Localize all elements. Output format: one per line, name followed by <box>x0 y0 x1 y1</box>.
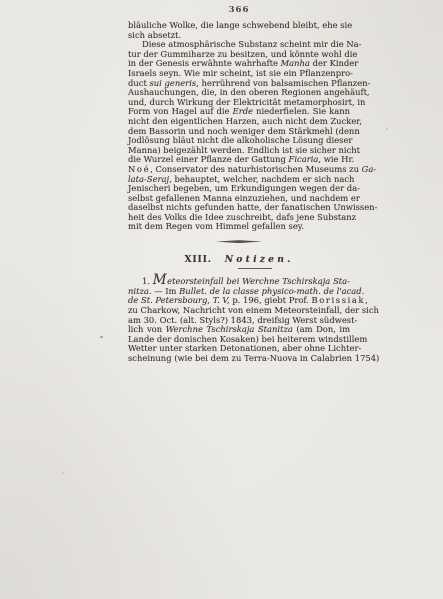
section-title: Notizen. <box>225 254 294 265</box>
text-segment: in der Genesis erwähnte wahrhafte <box>128 58 281 68</box>
text-segment: de St. Petersbourg, T. V, <box>128 295 230 305</box>
text-segment: p. 196, giebt Prof. <box>230 295 312 305</box>
text-segment: Noé <box>128 164 150 174</box>
body-paragraphs: bläuliche Wolke, die lange schwebend ble… <box>128 21 350 232</box>
text-segment: nicht den eigentlichen Harzen, auch nich… <box>128 116 362 126</box>
text-segment: Manha <box>281 58 310 68</box>
text-segment: Bullet. de la classe physico-math. de l'… <box>179 286 364 296</box>
text-segment: , behauptet, welcher, nachdem er sich na… <box>169 174 354 184</box>
text-segment: 1. <box>142 276 153 286</box>
text-segment: , Conservator des naturhistorischen Muse… <box>150 164 362 174</box>
text-line: mit dem Regen vom Himmel gefallen sey. <box>128 222 350 232</box>
text-line: scheinung (wie bei dem zu Terra-Nuova in… <box>128 354 350 364</box>
text-segment: zu Charkow, Nachricht von einem Meteorst… <box>128 305 379 315</box>
text-segment: Wetter unter starken Detonationen, aber … <box>128 343 361 353</box>
text-segment: tur der Gummiharze zu besitzen, und könn… <box>128 49 357 59</box>
text-segment: nitza. <box>128 286 152 296</box>
text-segment: mit dem Regen vom Himmel gefallen sey. <box>128 221 304 231</box>
text-segment: dem Bassorin und noch weniger dem Stärkm… <box>128 126 360 136</box>
scan-speck <box>386 128 388 130</box>
text-segment: und, durch Wirkung der Elektricität meta… <box>128 97 365 107</box>
text-segment: der Kinder <box>310 58 358 68</box>
text-segment: niederfielen. Sie kann <box>253 106 350 116</box>
text-block: bläuliche Wolke, die lange schwebend ble… <box>128 21 350 364</box>
text-segment: lata-Seraj <box>128 174 169 184</box>
text-segment: heit des Volks die Idee zuschreibt, dafs… <box>128 212 356 222</box>
text-segment: sui generis <box>149 78 196 88</box>
text-segment: lich von <box>128 324 166 334</box>
text-segment: Borissiak <box>312 295 366 305</box>
text-segment: Jenischeri begeben, um Erkundigungen weg… <box>128 183 360 193</box>
continuation-paragraph: bläuliche Wolke, die lange schwebend ble… <box>128 21 350 40</box>
manna-paragraph: Diese atmosphärische Substanz scheint mi… <box>128 40 350 232</box>
page-number: 366 <box>128 0 350 15</box>
text-segment: Manna) beigezählt werden. Endlich ist si… <box>128 145 360 155</box>
text-segment: Werchne Tschirskaja Stanitza <box>166 324 293 334</box>
text-segment: Israels seyn. Wie mir scheint, ist sie e… <box>128 68 353 78</box>
section-heading: XIII. Notizen. <box>128 254 350 265</box>
heading-underline-rule <box>238 268 272 269</box>
text-segment: scheinung (wie bei dem zu Terra-Nuova in… <box>128 353 379 363</box>
text-segment: Ficaria <box>289 154 319 164</box>
text-segment: Diese atmosphärische Substanz scheint mi… <box>142 39 362 49</box>
text-segment: — Im <box>152 286 180 296</box>
text-segment: Lande der donischen Kosaken) bei heitere… <box>128 334 367 344</box>
meteor-notice-paragraph: 1. Meteorsteinfall bei Werchne Tschirska… <box>128 277 350 363</box>
text-segment: daselbst nichts gefunden hatte, der fana… <box>128 202 377 212</box>
text-segment: , <box>365 295 368 305</box>
section-numeral: XIII. <box>184 254 211 265</box>
text-segment: Aushauchungen, die, in den oberen Region… <box>128 87 370 97</box>
text-segment: (am Don, im <box>293 324 350 334</box>
scan-speck <box>62 472 64 474</box>
text-segment: sich absetzt. <box>128 30 181 40</box>
scan-speck <box>100 336 103 338</box>
text-segment: bläuliche Wolke, die lange schwebend ble… <box>128 20 352 30</box>
scanned-book-page: 366 bläuliche Wolke, die lange schwebend… <box>0 0 443 599</box>
text-segment: Form von Hagel auf die <box>128 106 233 116</box>
text-segment: Ga- <box>362 164 377 174</box>
text-segment: Jodlösung bläut nicht die alkoholische L… <box>128 135 352 145</box>
text-segment: selbst gefallenen Manna einzuziehen, und… <box>128 193 360 203</box>
section-divider-rule <box>216 240 262 243</box>
notice-paragraphs: 1. Meteorsteinfall bei Werchne Tschirska… <box>128 277 350 363</box>
text-segment: die Wurzel einer Pflanze der Gattung <box>128 154 289 164</box>
text-segment: Erde <box>233 106 253 116</box>
text-segment: eteorsteinfall bei Werchne Tschirskaja S… <box>167 276 350 286</box>
text-segment: , wie Hr. <box>318 154 354 164</box>
text-segment: duct <box>128 78 149 88</box>
text-segment: , herrührend von balsamischen Pflanzen- <box>196 78 370 88</box>
